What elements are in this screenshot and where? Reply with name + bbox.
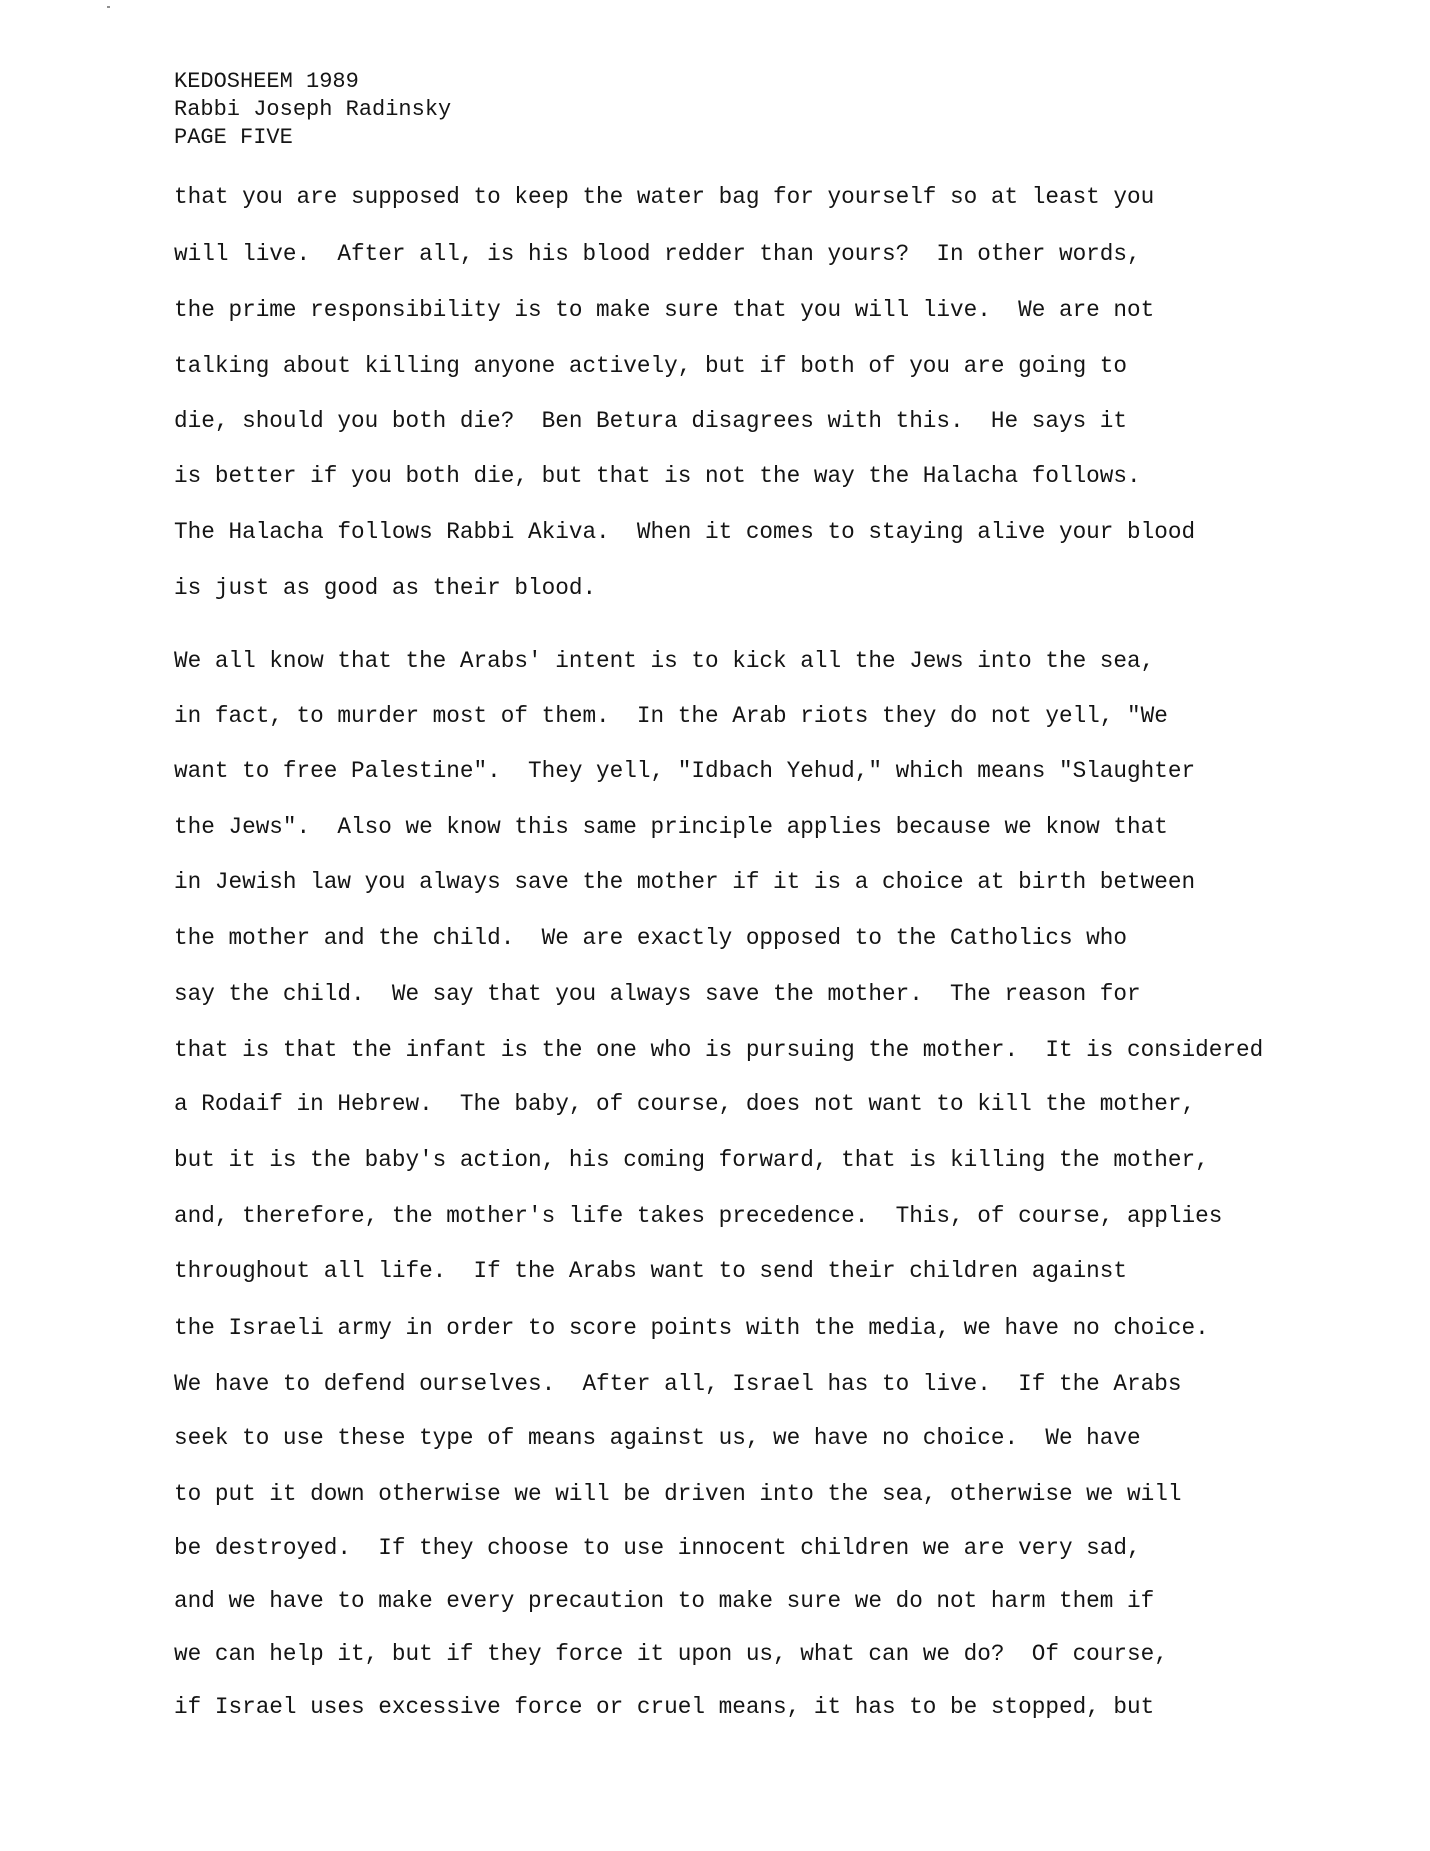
text-line: the Israeli army in order to score point… [174,1317,1209,1340]
text-line: We have to defend ourselves. After all, … [174,1373,1182,1396]
text-line: seek to use these type of means against … [174,1427,1141,1450]
text-line: talking about killing anyone actively, b… [174,355,1127,378]
text-line: say the child. We say that you always sa… [174,983,1141,1006]
text-line: the Jews". Also we know this same princi… [174,816,1168,839]
text-line: and we have to make every precaution to … [174,1590,1154,1613]
document-title: KEDOSHEEM 1989 [174,71,359,93]
text-line: that is that the infant is the one who i… [174,1039,1263,1062]
text-line: and, therefore, the mother's life takes … [174,1205,1222,1228]
text-line: will live. After all, is his blood redde… [174,243,1141,266]
text-line: but it is the baby's action, his coming … [174,1149,1209,1172]
text-line: the prime responsibility is to make sure… [174,299,1154,322]
text-line: in fact, to murder most of them. In the … [174,705,1168,728]
text-line: the mother and the child. We are exactly… [174,927,1127,950]
scan-speck [107,6,110,8]
text-line: a Rodaif in Hebrew. The baby, of course,… [174,1093,1195,1116]
text-line: that you are supposed to keep the water … [174,186,1154,209]
text-line: is just as good as their blood. [174,577,596,600]
text-line: die, should you both die? Ben Betura dis… [174,410,1127,433]
text-line: throughout all life. If the Arabs want t… [174,1260,1127,1283]
text-line: we can help it, but if they force it upo… [174,1643,1168,1666]
text-line: if Israel uses excessive force or cruel … [174,1696,1154,1719]
document-author: Rabbi Joseph Radinsky [174,99,451,121]
text-line: be destroyed. If they choose to use inno… [174,1537,1141,1560]
text-line: want to free Palestine". They yell, "Idb… [174,760,1195,783]
text-line: We all know that the Arabs' intent is to… [174,650,1154,673]
text-line: to put it down otherwise we will be driv… [174,1483,1182,1506]
page-label: PAGE FIVE [174,127,293,149]
text-line: is better if you both die, but that is n… [174,465,1141,488]
document-page: KEDOSHEEM 1989 Rabbi Joseph Radinsky PAG… [0,0,1430,1851]
text-line: The Halacha follows Rabbi Akiva. When it… [174,521,1195,544]
text-line: in Jewish law you always save the mother… [174,871,1195,894]
